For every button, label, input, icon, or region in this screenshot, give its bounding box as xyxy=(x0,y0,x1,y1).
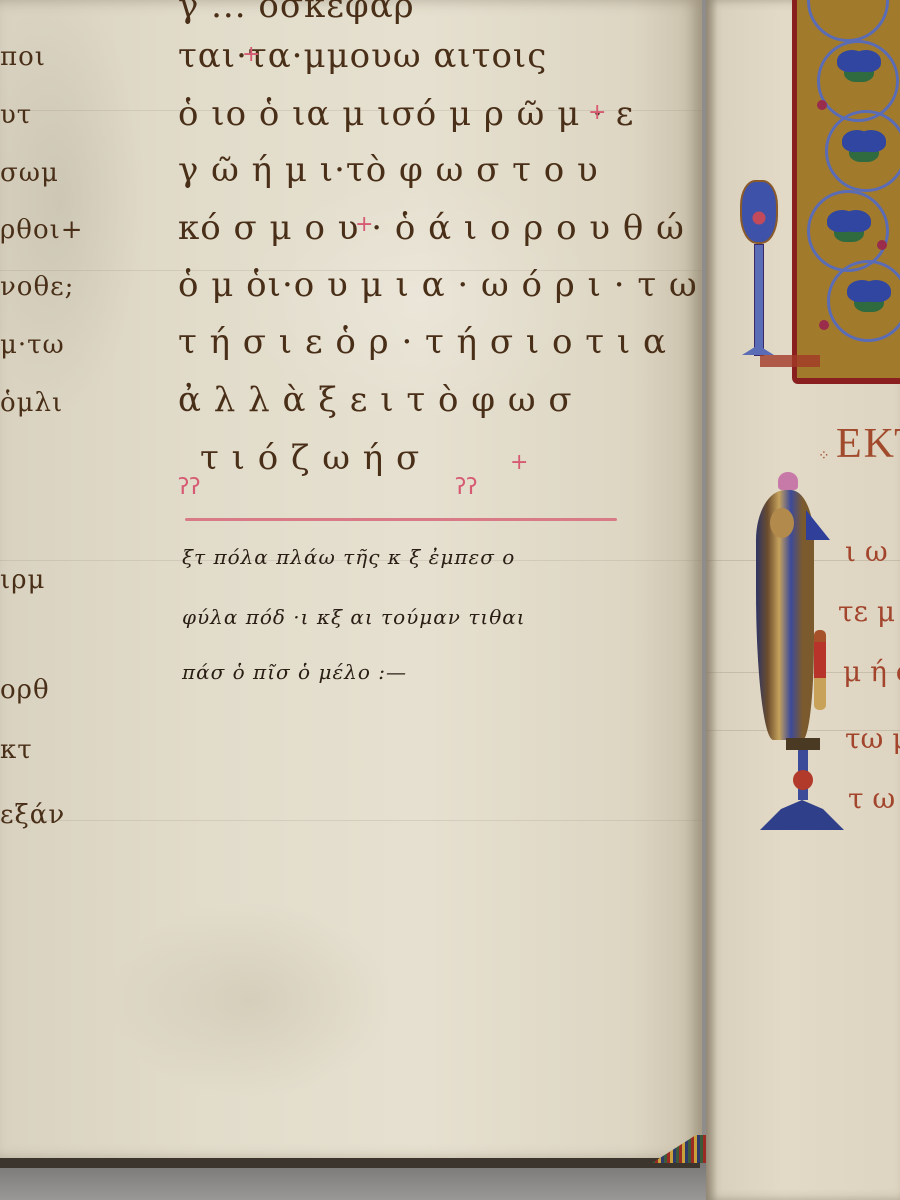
margin-fragment: μ·τω xyxy=(0,330,65,360)
margin-fragment: ποι xyxy=(0,42,46,72)
red-cross-mark: + xyxy=(355,212,373,237)
red-cross-mark: + xyxy=(242,42,260,67)
margin-fragment: ὁμλι xyxy=(0,388,63,418)
rubric-line: ι ω xyxy=(845,535,888,568)
red-neume-mark: ʔʔ xyxy=(455,475,477,500)
note-line: φύλα πόδ ·ι κξ αι τούμαν τιθαι xyxy=(182,605,526,629)
rubric-title: ΕΚΤ xyxy=(836,420,900,468)
finial-foot xyxy=(742,345,774,355)
headpiece-base-band xyxy=(760,355,820,367)
figural-initial xyxy=(748,470,838,840)
text-line: γ ῶ ή μ ι·τὸ φ ω σ τ ο υ xyxy=(178,150,599,190)
margin-fragment: εξάν xyxy=(0,800,65,830)
manuscript-photo: ποι υτ σωμ ρθοι+ νοθε; μ·τω ὁμλι ιρμ ορθ… xyxy=(0,0,900,1200)
text-line: γ ... οσκεφαρ xyxy=(178,0,415,26)
red-cross-mark: + xyxy=(510,450,528,475)
margin-fragment: σωμ xyxy=(0,158,59,188)
red-neume-mark: ʔʔ xyxy=(178,475,200,500)
floral-finial xyxy=(736,170,780,370)
margin-fragment: ρθοι+ xyxy=(0,215,84,245)
margin-fragment: νοθε; xyxy=(0,272,74,302)
ruling-line xyxy=(0,820,702,821)
ornament-bud xyxy=(817,100,827,110)
finial-flower xyxy=(740,180,778,244)
illuminated-headpiece xyxy=(792,0,900,384)
ornament-bud xyxy=(877,240,887,250)
finial-stem xyxy=(754,244,764,356)
text-line: ὁ ιο ὁ ια μ ισό μ ρ ῶ μ · ε xyxy=(178,94,634,134)
margin-fragment: ιρμ xyxy=(0,565,45,595)
red-separator-rule xyxy=(185,518,617,521)
ornament-leaf xyxy=(827,210,857,232)
text-line: τ ή σ ι ε ὁ ρ · τ ή σ ι ο τ ι α xyxy=(178,322,667,362)
text-line: κό σ μ ο υ · ὁ ά ι ο ρ ο υ θ ώ xyxy=(178,208,685,248)
rubric-line: τω μ xyxy=(845,722,900,755)
note-line: ξτ πόλα πλάω τῆς κ ξ ἐμπεσ ο xyxy=(182,545,515,569)
text-line: ὁ μ ὁι·ο υ μ ι α · ω ό ρ ι · τ ω xyxy=(178,265,698,305)
initial-stand xyxy=(786,738,820,750)
initial-beak xyxy=(806,510,830,540)
initial-figure-head xyxy=(770,508,794,538)
initial-small-figure xyxy=(814,630,826,710)
left-page: ποι υτ σωμ ρθοι+ νοθε; μ·τω ὁμλι ιρμ ορθ… xyxy=(0,0,702,1163)
initial-base xyxy=(760,800,844,830)
page-edge-shadow xyxy=(0,1158,700,1168)
rubric-line: τε μ xyxy=(838,595,895,628)
rubric-line: τ ω ρ xyxy=(848,782,900,815)
rubric-line: μ ή ο xyxy=(843,655,900,688)
text-line: ται·τα·μμουω αιτοις xyxy=(178,36,547,76)
text-line: ἀ λ λ ὰ ξ ε ι τ ὸ φ ω σ xyxy=(178,380,573,420)
ornament-arc xyxy=(807,0,889,42)
rubric-dot: ⁘ xyxy=(818,448,830,464)
ornament-leaf xyxy=(847,280,877,302)
note-line: πάσ ὁ πῖσ ὁ μέλο :— xyxy=(182,660,407,684)
initial-crest xyxy=(778,472,798,490)
initial-boss xyxy=(793,770,813,790)
text-line: τ ι ό ζ ω ή σ xyxy=(200,438,420,478)
margin-fragment: κτ xyxy=(0,735,33,765)
ornament-bud xyxy=(819,320,829,330)
margin-fragment: ορθ xyxy=(0,675,50,705)
red-cross-mark: + xyxy=(588,100,606,125)
ornament-leaf xyxy=(837,50,867,72)
ornament-leaf xyxy=(842,130,872,152)
margin-fragment: υτ xyxy=(0,100,32,130)
